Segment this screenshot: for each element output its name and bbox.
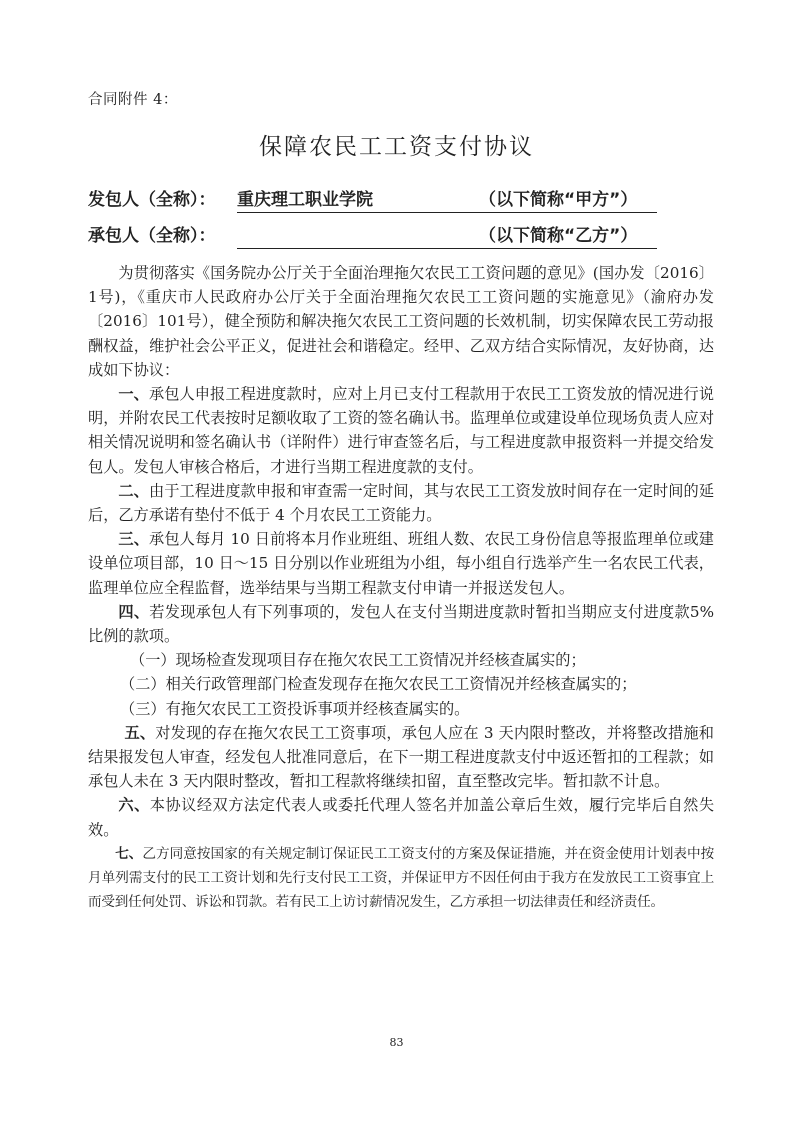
agreement-body: 为贯彻落实《国务院办公厅关于全面治理拖欠农民工工资问题的意见》(国办发〔2016… — [88, 261, 714, 914]
clause-number: 六、 — [118, 796, 149, 814]
clause-number: 三、 — [118, 530, 149, 548]
clause-text: 由于工程进度款申报和审查需一定时间，其与农民工工资发放时间存在一定时间的延后，乙… — [88, 482, 714, 524]
clause-number: 四、 — [118, 603, 149, 621]
party-label: 承包人（全称）： — [88, 224, 216, 248]
clause-4-sub-item-1: （一）现场检查发现项目存在拖欠农民工工资情况并经核查属实的； — [88, 648, 714, 672]
party-name-field: 重庆理工职业学院 （以下简称“甲方”） — [237, 188, 657, 213]
clause-2: 二、由于工程进度款申报和审查需一定时间，其与农民工工资发放时间存在一定时间的延后… — [88, 479, 714, 527]
preamble: 为贯彻落实《国务院办公厅关于全面治理拖欠农民工工资问题的意见》(国办发〔2016… — [88, 261, 714, 382]
clause-3: 三、承包人每月 10 日前将本月作业班组、班组人数、农民工身份信息等报监理单位或… — [88, 527, 714, 600]
clause-number: 七、 — [115, 846, 142, 862]
page-number: 83 — [0, 1036, 793, 1049]
clause-text: 对发现的存在拖欠农民工工资事项，承包人应在 3 天内限时整改，并将整改措施和结果… — [88, 724, 714, 790]
party-label: 发包人（全称）： — [88, 188, 216, 212]
clause-number: 五、 — [124, 724, 155, 742]
document-page: 合同附件 4： 保障农民工工资支付协议 发包人（全称）： 重庆理工职业学院 （以… — [0, 0, 793, 1122]
party-name-field: （以下简称“乙方”） — [237, 224, 657, 249]
clause-6: 六、本协议经双方法定代表人或委托代理人签名并加盖公章后生效，履行完毕后自然失效。 — [88, 793, 714, 841]
clause-4-sub-item-3: （三）有拖欠农民工工资投诉事项并经核查属实的。 — [88, 697, 714, 721]
clause-4-sub-item-2: （二）相关行政管理部门检查发现存在拖欠农民工工资情况并经核查属实的； — [88, 672, 714, 696]
attachment-label: 合同附件 4： — [88, 88, 178, 109]
clause-text: 乙方同意按国家的有关规定制订保证民工工资支付的方案及保证措施，并在资金使用计划表… — [88, 846, 714, 910]
clause-text: 若发现承包人有下列事项的，发包人在支付当期进度款时暂扣当期应支付进度款5%比例的… — [88, 603, 714, 645]
clause-text: 承包人每月 10 日前将本月作业班组、班组人数、农民工身份信息等报监理单位或建设… — [88, 530, 714, 596]
clause-1: 一、承包人申报工程进度款时，应对上月已支付工程款用于农民工工资发放的情况进行说明… — [88, 382, 714, 479]
clause-text: 本协议经双方法定代表人或委托代理人签名并加盖公章后生效，履行完毕后自然失效。 — [88, 796, 714, 838]
clause-7: 七、乙方同意按国家的有关规定制订保证民工工资支付的方案及保证措施，并在资金使用计… — [88, 842, 714, 915]
clause-5: 五、对发现的存在拖欠农民工工资事项，承包人应在 3 天内限时整改，并将整改措施和… — [88, 721, 714, 794]
party-abbreviation: （以下简称“乙方”） — [479, 224, 637, 248]
document-title: 保障农民工工资支付协议 — [0, 128, 793, 161]
clause-number: 一、 — [118, 385, 149, 403]
clause-number: 二、 — [118, 482, 149, 500]
party-abbreviation: （以下简称“甲方”） — [479, 188, 637, 212]
clause-text: 承包人申报工程进度款时，应对上月已支付工程款用于农民工工资发放的情况进行说明，并… — [88, 385, 714, 476]
party-name: 重庆理工职业学院 — [237, 188, 373, 212]
clause-4: 四、若发现承包人有下列事项的，发包人在支付当期进度款时暂扣当期应支付进度款5%比… — [88, 600, 714, 648]
